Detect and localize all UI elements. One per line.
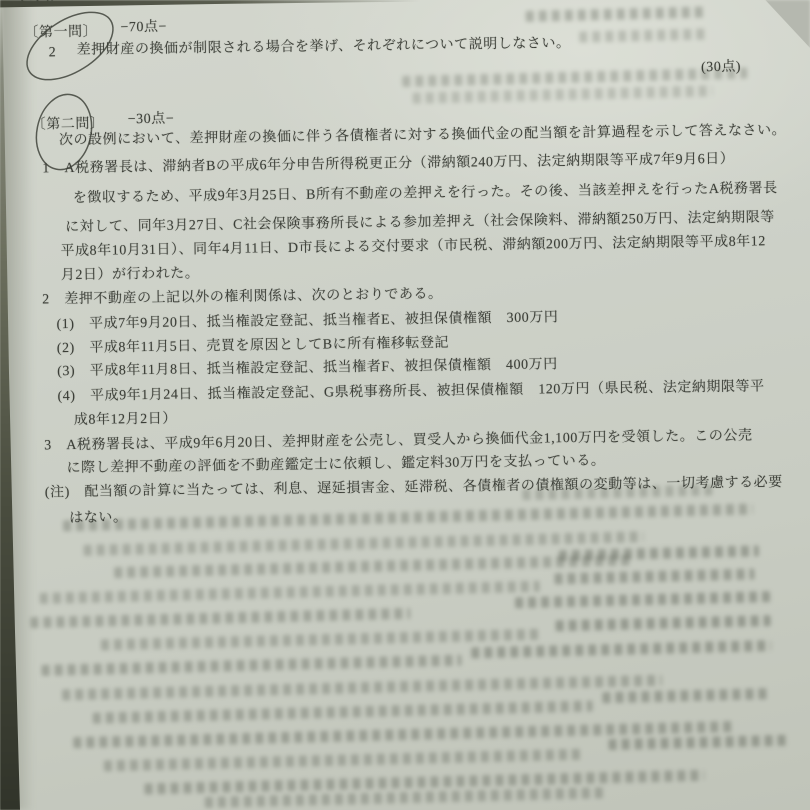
photo-of-exam-page: 〈平成9年度〉 〔第一問〕 −70点− 2 差押財産の換価が制限される場合を挙げ… [0,0,810,810]
question2-item3-line: 3 A税務署長は、平成9年6月20日、差押財産を公売し、買受人から換価代金1,1… [44,427,753,457]
question2-item2-sub2: (2) 平成8年11月5日、売買を原因としてBに所有権移転登記 [57,334,449,359]
printed-text-layer: 〈平成9年度〉 〔第一問〕 −70点− 2 差押財産の換価が制限される場合を挙げ… [0,0,810,810]
question1-number: 2 [49,43,57,63]
question2-item2-sub4: (4) 平成9年1月24日、抵当権設定登記、G県税事務所長、被担保債権額 120… [57,377,764,407]
question2-item2-sub1: (1) 平成7年9月20日、抵当権設定登記、抵当権者E、被担保債権額 300万円 [56,308,558,335]
question2-item1-line: 平成8年10月31日）、同年4月11日、D市長による交付要求（市民税、滞納額20… [60,232,766,262]
question2-item1-line: 1 A税務署長は、滞納者Bの平成6年分申告所得税更正分（滞納額240万円、法定納… [42,150,734,180]
question2-item3-line: に際し差押不動産の評価を不動産鑑定士に依頼し、鑑定料30万円を支払っている。 [66,452,605,480]
question1-text: 差押財産の換価が制限される場合を挙げ、それぞれについて説明しなさい。 [77,34,571,61]
question2-item1-line: 月2日）が行われた。 [61,264,200,286]
question2-item1-line: を徴収するため、平成9年3月25日、B所有不動産の差押えを行った。その後、当該差… [73,179,778,209]
question2-note-line: はない。 [69,508,127,529]
question1-score: (30点) [701,58,741,79]
exam-paper-sheet: 〈平成9年度〉 〔第一問〕 −70点− 2 差押財産の換価が制限される場合を挙げ… [0,0,810,810]
question2-item2-heading: 2 差押不動産の上記以外の権利関係は、次のとおりである。 [42,285,443,311]
question2-points: −30点− [128,110,175,131]
question1-points: −70点− [120,18,167,39]
question2-item2-sub4-cont: 成8年12月2日） [74,410,177,431]
question2-item2-sub3: (3) 平成8年11月8日、抵当権設定登記、抵当権者F、被担保債権額 400万円 [57,355,558,382]
